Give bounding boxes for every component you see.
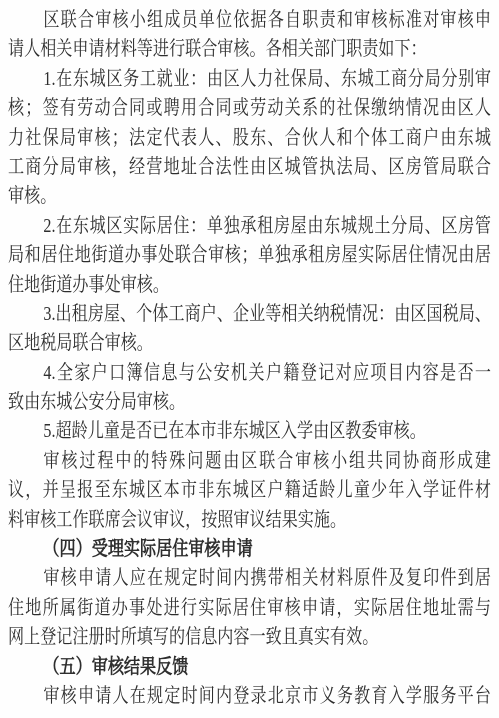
text-line: 工商分局审核，经营地址合法性由区城管执法局、区房管局联合 — [8, 153, 491, 182]
text-line: 网上登记注册时所填写的信息内容一致且真实有效。 — [8, 623, 491, 652]
list-item-line-4: 4.全家户口簿信息与公安机关户籍登记对应项目内容是否一 — [8, 359, 491, 388]
text-line: 住地街道办事处审核。 — [8, 271, 491, 300]
text-line: 审核过程中的特殊问题由区联合审核小组共同协商形成建 — [8, 447, 491, 476]
text-line: 力社保局审核；法定代表人、股东、合伙人和个体工商户由东城 — [8, 124, 491, 153]
text-line: 局和居住地街道办事处联合审核；单独承租房屋实际居住情况由居 — [8, 241, 491, 270]
list-item-line-5: 5.超龄儿童是否已在本市非东城区入学由区教委审核。 — [8, 417, 491, 446]
text-line: 审核申请人在规定时间内登录北京市义务教育入学服务平台 — [8, 682, 491, 711]
text-line: 区地税局联合审核。 — [8, 329, 491, 358]
text-line: 审核申请人应在规定时间内携带相关材料原件及复印件到居 — [8, 564, 491, 593]
text-line: 住地所属街道办事处进行实际居住审核申请，实际居住地址需与 — [8, 594, 491, 623]
text-line: 议，并呈报至东城区本市非东城区户籍适龄儿童少年入学证件材 — [8, 476, 491, 505]
list-item-line-2: 2.在东城区实际居住：单独承租房屋由东城规土分局、区房管 — [8, 212, 491, 241]
text-line: 区联合审核小组成员单位依据各自职责和审核标准对审核申 — [8, 6, 491, 35]
section-heading-4: （四）受理实际居住审核申请 — [8, 535, 491, 564]
text-line: 审核。 — [8, 182, 491, 211]
text-line: 请人相关申请材料等进行联合审核。各相关部门职责如下： — [8, 35, 491, 64]
text-line: 致由东城公安分局审核。 — [8, 388, 491, 417]
section-heading-5: （五）审核结果反馈 — [8, 653, 491, 682]
list-item-line-3: 3.出租房屋、个体工商户、企业等相关纳税情况：由区国税局、 — [8, 300, 491, 329]
list-item-line-1: 1.在东城区务工就业：由区人力社保局、东城工商分局分别审 — [8, 65, 491, 94]
text-line: 料审核工作联席会议审议，按照审议结果实施。 — [8, 506, 491, 535]
text-line: 核；签有劳动合同或聘用合同或劳动关系的社保缴纳情况由区人 — [8, 94, 491, 123]
document-page: 区联合审核小组成员单位依据各自职责和审核标准对审核申 请人相关申请材料等进行联合… — [0, 0, 499, 718]
